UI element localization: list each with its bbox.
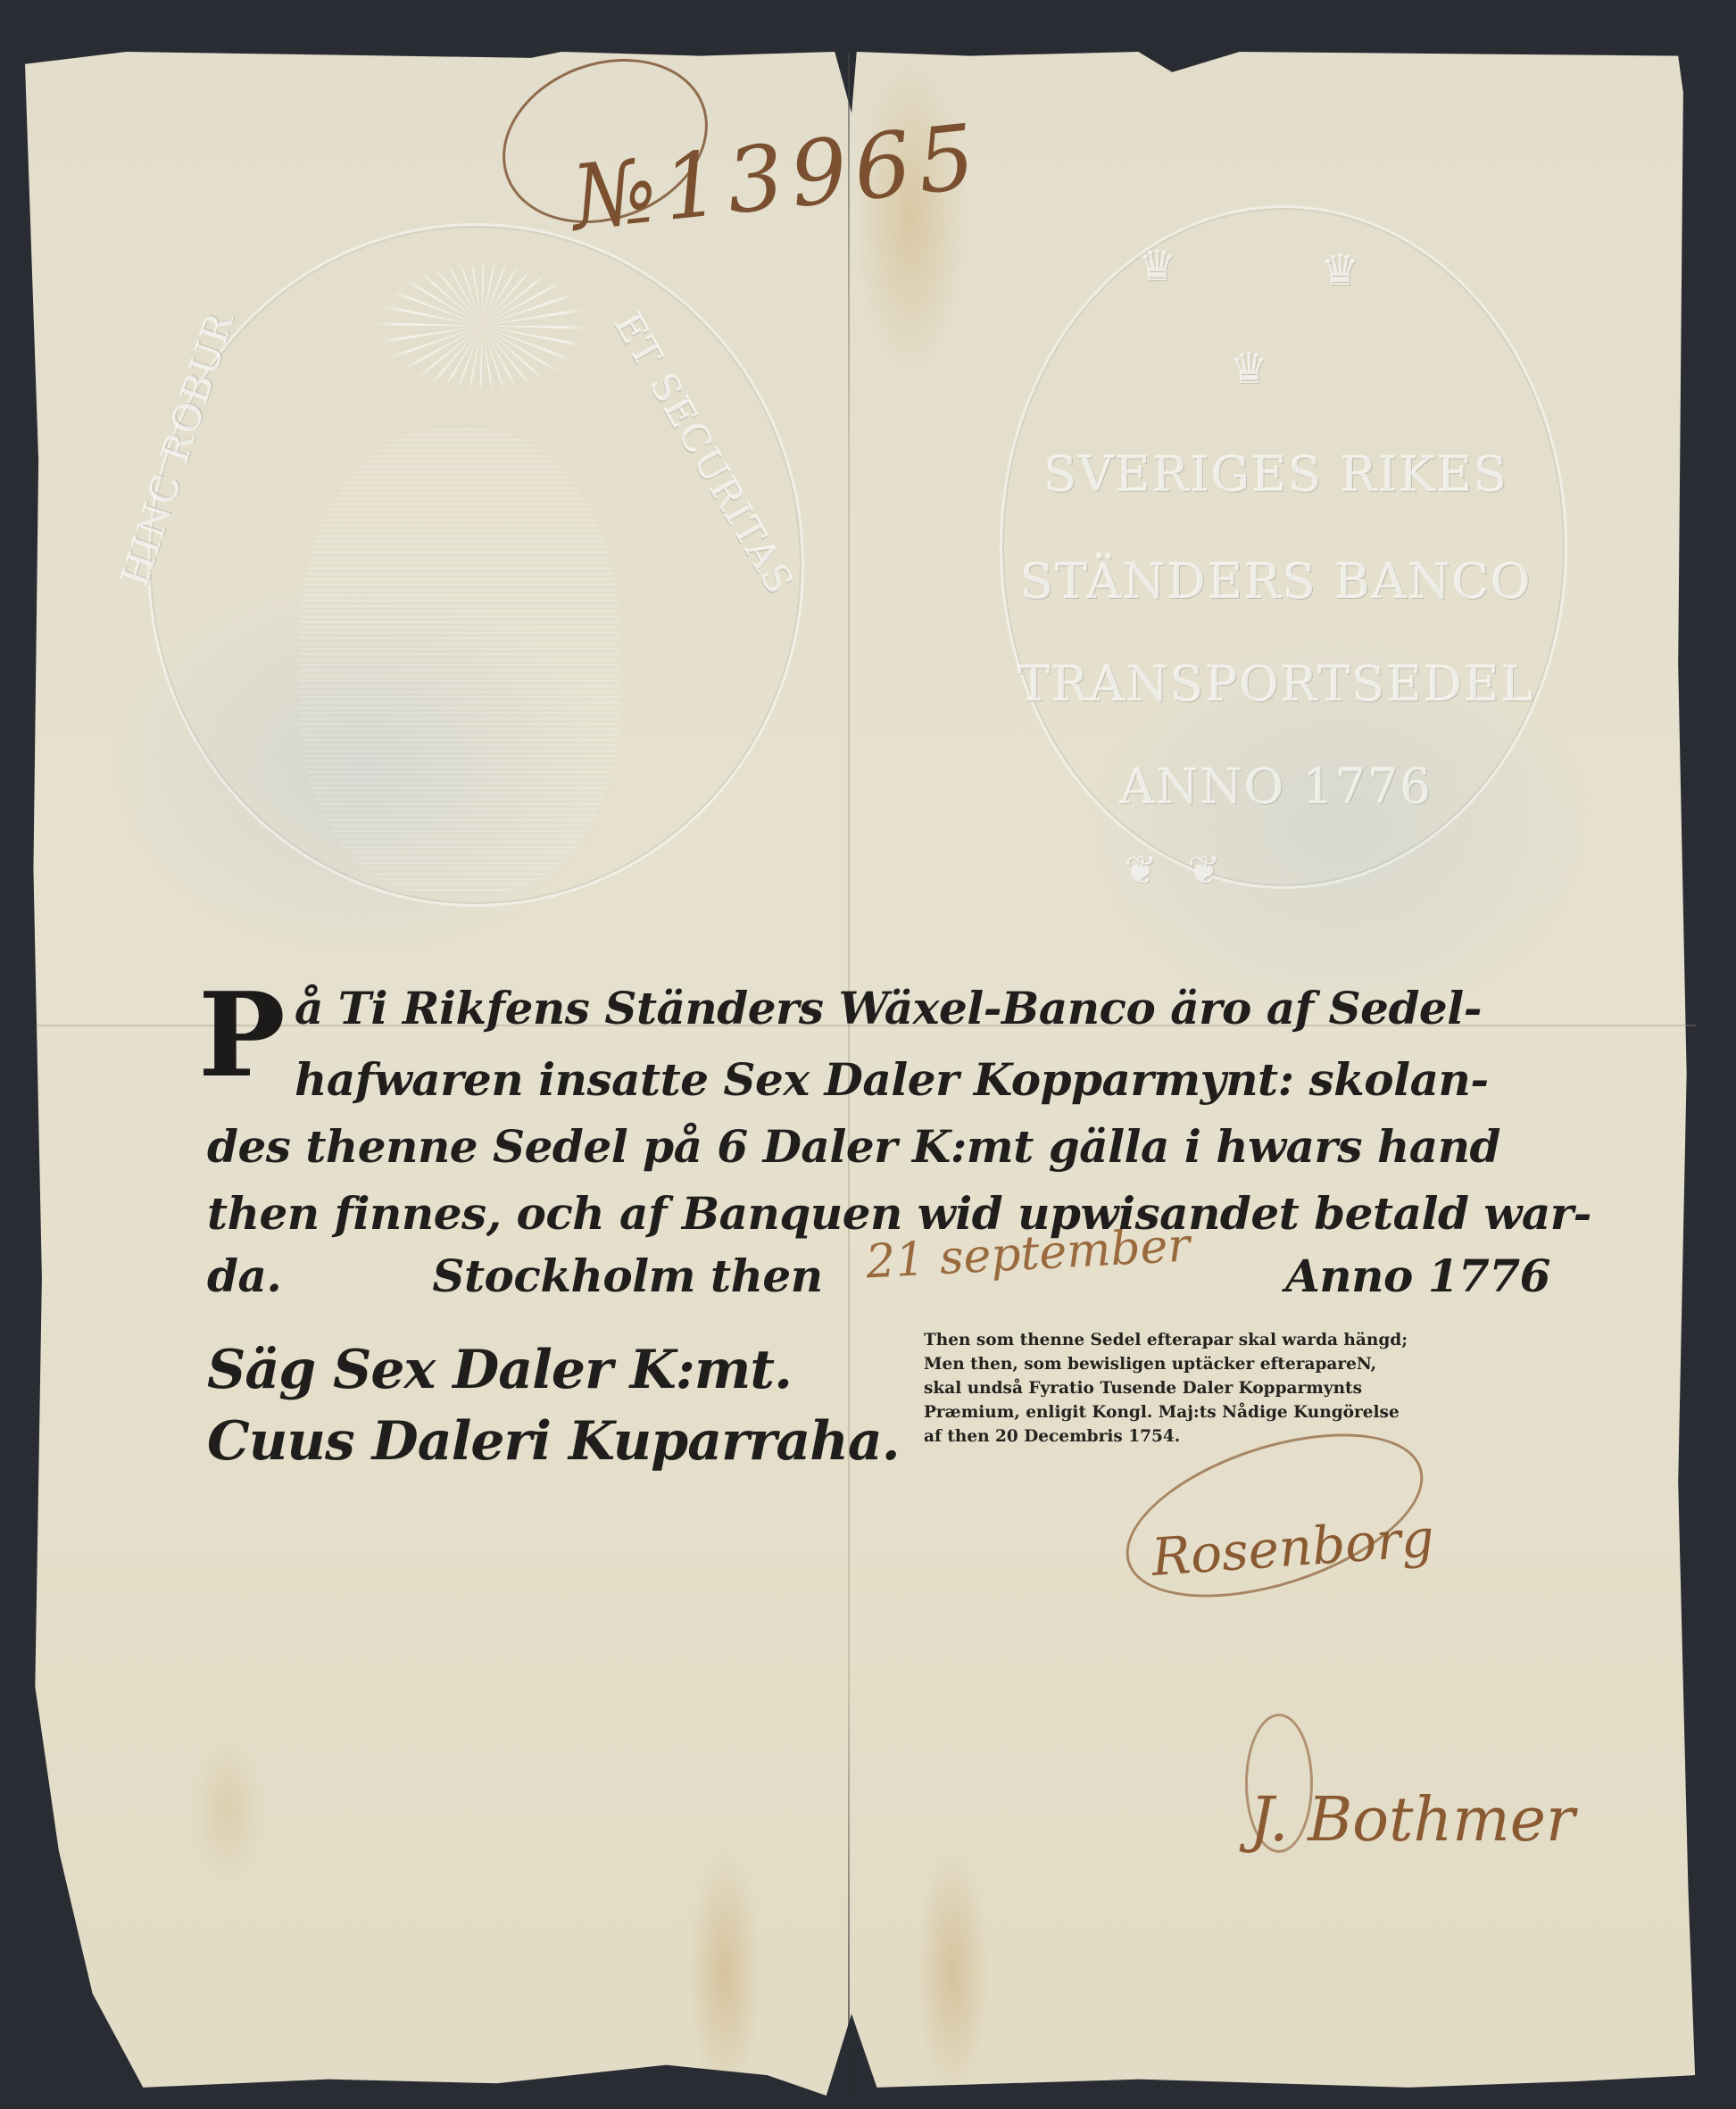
main-text-line: des thenne Sedel på 6 Daler K:mt gälla i… — [207, 1120, 1500, 1173]
watermark-line: SVERIGES RIKES — [986, 446, 1566, 502]
warning-line: Men then, som bewisligen uptäcker eftera… — [924, 1352, 1504, 1376]
issue-year: Anno 1776 — [1285, 1250, 1550, 1302]
watermark-line: ANNO 1776 — [986, 759, 1566, 815]
amount-finnish: Cuus Daleri Kuparraha. — [207, 1410, 900, 1473]
main-text-line: å Ti Rikfens Ständers Wäxel-Banco äro af… — [295, 982, 1482, 1034]
crown-icon: ♛ — [1138, 241, 1176, 291]
warning-line: af then 20 Decembris 1754. — [924, 1424, 1504, 1449]
signature-2: J. Bothmer — [1250, 1785, 1574, 1856]
warning-line: Præmium, enligit Kongl. Maj:ts Nådige Ku… — [924, 1400, 1504, 1424]
main-text-line: then finnes, och af Banquen wid upwisand… — [207, 1187, 1591, 1240]
crown-icon: ♛ — [1321, 245, 1359, 295]
crown-icon: ♛ — [1230, 344, 1268, 394]
laurel-branch-icon: ❦ ❦ — [1125, 848, 1230, 893]
amount-swedish: Säg Sex Daler K:mt. — [207, 1339, 792, 1401]
warning-line: Then som thenne Sedel efterapar skal war… — [924, 1328, 1504, 1352]
warning-line: skal undså Fyratio Tusende Daler Kopparm… — [924, 1376, 1504, 1400]
decorative-initial: P — [198, 977, 286, 1093]
counterfeit-warning: Then som thenne Sedel efterapar skal war… — [924, 1328, 1504, 1449]
main-text-line: hafwaren insatte Sex Daler Kopparmynt: s… — [295, 1053, 1489, 1106]
radiant-star-icon — [375, 259, 589, 393]
watermark-line: TRANSPORTSEDEL — [986, 656, 1566, 712]
seated-figure-watermark — [299, 428, 620, 893]
main-text-line: da. Stockholm then — [207, 1250, 823, 1302]
watermark-line: STÄNDERS BANCO — [986, 553, 1566, 610]
